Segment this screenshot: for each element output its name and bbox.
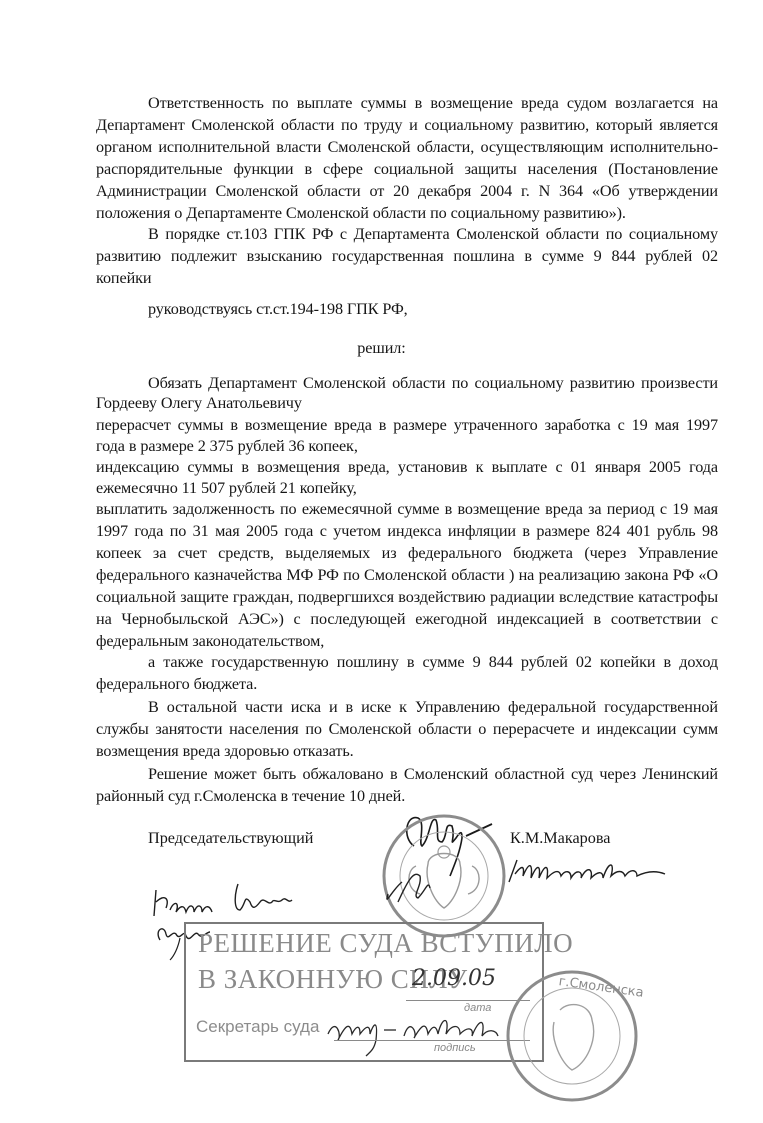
text-line: выплатить задолженность по ежемесячной с… (96, 499, 718, 520)
stamp-date: 2.09.05 (412, 966, 496, 991)
legal-force-stamp: РЕШЕНИЕ СУДА ВСТУПИЛО В ЗАКОННУЮ СИЛУ 2.… (184, 922, 544, 1062)
date-underline (406, 1000, 530, 1001)
text-line: федерального казначейства МФ РФ по Смоле… (96, 565, 718, 586)
text-line: индексацию суммы в возмещения вреда, уст… (96, 457, 718, 478)
text-line: Решение может быть обжаловано в Смоленск… (148, 764, 718, 785)
text-line: 1997 года по 31 мая 2005 года с учетом и… (96, 521, 718, 542)
text-line: службы занятости населения по Смоленской… (96, 719, 718, 740)
text-line: районный суд г.Смоленска в течение 10 дн… (96, 786, 718, 807)
presiding-judge-name: К.М.Макарова (510, 829, 610, 848)
paragraph-guided-by: руководствуясь ст.ст.194-198 ГПК РФ, (148, 299, 718, 320)
text-line: органом исполнительной власти Смоленской… (96, 137, 718, 158)
text-line: а также государственную пошлину в сумме … (148, 652, 718, 673)
signature-underline (334, 1040, 530, 1041)
court-seal (368, 810, 518, 940)
text-line: федерального бюджета. (96, 674, 718, 695)
text-line: распорядительные функции в сфере социаль… (96, 159, 718, 180)
secretary-label: Секретарь суда (196, 1017, 319, 1037)
text-line: перерасчет суммы в возмещение вреда в ра… (96, 415, 718, 436)
stamp-line-1: РЕШЕНИЕ СУДА ВСТУПИЛО (198, 928, 573, 959)
text-line: В остальной части иска и в иске к Управл… (148, 697, 718, 718)
decision-heading: решил: (0, 338, 763, 359)
presiding-judge-label: Председательствующий (148, 829, 313, 848)
text-line: Ответственность по выплате суммы в возме… (148, 93, 718, 114)
text-line: развитию подлежит взысканию государствен… (96, 246, 718, 267)
court-seal-2: г.Смоленска (540, 960, 660, 1120)
text-line: ежемесячно 11 507 рублей 21 копейку, (96, 478, 718, 499)
signature-caption: подпись (434, 1042, 476, 1054)
text-line: Обязать Департамент Смоленской области п… (148, 373, 718, 394)
text-line: копеек за счет средств, выделяемых из фе… (96, 543, 718, 564)
text-line: на Чернобыльской АЭС») с последующей еже… (96, 609, 718, 630)
text-line: положения о Департаменте Смоленской обла… (96, 203, 718, 224)
text-line: федеральным законодательством, (96, 631, 718, 652)
text-line: Департамент Смоленской области по труду … (96, 115, 718, 136)
text-line: Администрации Смоленской области от 20 д… (96, 181, 718, 202)
handwritten-judge-name (505, 852, 715, 892)
text-line: Гордееву Олегу Анатольевичу (96, 393, 718, 414)
secretary-signature (326, 1006, 526, 1056)
text-line: копейки (96, 268, 718, 289)
document-page: Ответственность по выплате суммы в возме… (0, 0, 763, 1123)
text-line: В порядке ст.103 ГПК РФ с Департамента С… (148, 224, 718, 245)
text-line: социальной защите граждан, подвергшихся … (96, 587, 718, 608)
text-line: года в размере 2 375 рублей 36 копеек, (96, 436, 718, 457)
text-line: возмещения вреда здоровью отказать. (96, 741, 718, 762)
